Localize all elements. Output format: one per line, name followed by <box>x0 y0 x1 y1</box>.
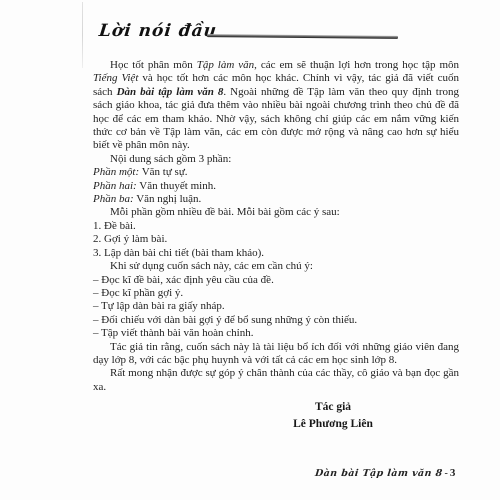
contents-part-3-text: Văn nghị luận. <box>134 193 202 205</box>
book-page: Lời nói đầu Học tốt phân môn Tập làm văn… <box>0 0 500 500</box>
scan-edge-line <box>82 2 83 68</box>
running-footer: Dàn bài Tập làm văn 8-3 <box>315 467 455 479</box>
usage-tip-3: – Tự lập dàn bài ra giấy nháp. <box>93 300 459 313</box>
header-rule <box>207 34 398 39</box>
usage-tip-1: – Đọc kĩ đề bài, xác định yêu cầu của đề… <box>93 274 459 287</box>
each-part-note: Mỗi phần gồm nhiều đề bài. Mỗi bài gồm c… <box>93 206 459 219</box>
usage-tip-4: – Đối chiếu với dàn bài gợi ý để bổ sung… <box>93 314 459 327</box>
footer-separator: - <box>443 468 450 479</box>
step-item-2: 2. Gợi ý làm bài. <box>93 233 459 246</box>
intro-run-4: Tiếng Việt <box>93 72 138 84</box>
usage-lead: Khi sử dụng cuốn sách này, các em cần ch… <box>93 260 459 273</box>
contents-lead: Nội dung sách gồm 3 phần: <box>93 153 459 166</box>
signature-name: Lê Phương Liên <box>263 416 403 433</box>
contents-part-2-label: Phần hai: <box>93 180 137 192</box>
contents-part-1: Phần một: Văn tự sự. <box>93 166 459 179</box>
intro-run-1: Học tốt phân môn <box>110 59 197 71</box>
intro-run-2: Tập làm văn <box>197 59 254 71</box>
signature-block: Tác giả Lê Phương Liên <box>263 399 403 432</box>
closing-paragraph-1: Tác giả tin rằng, cuốn sách này là tài l… <box>93 341 459 368</box>
footer-book-title: Dàn bài Tập làm văn 8 <box>314 468 443 479</box>
preface-text: Học tốt phân môn Tập làm văn, các em sẽ … <box>93 59 459 432</box>
page-title: Lời nói đầu <box>98 21 218 41</box>
intro-paragraph: Học tốt phân môn Tập làm văn, các em sẽ … <box>93 59 459 153</box>
step-item-1: 1. Đề bài. <box>93 220 459 233</box>
intro-book-title: Dàn bài tập làm văn 8 <box>117 86 224 98</box>
contents-part-2: Phần hai: Văn thuyết minh. <box>93 180 459 193</box>
contents-part-1-label: Phần một: <box>93 166 139 178</box>
contents-part-2-text: Văn thuyết minh. <box>137 180 216 192</box>
contents-part-3: Phần ba: Văn nghị luận. <box>93 193 459 206</box>
contents-part-3-label: Phần ba: <box>93 193 134 205</box>
usage-tip-5: – Tập viết thành bài văn hoàn chỉnh. <box>93 327 459 340</box>
step-item-3: 3. Lập dàn bài chi tiết (bài tham khảo). <box>93 247 459 260</box>
signature-role: Tác giả <box>263 399 403 416</box>
usage-tip-2: – Đọc kĩ phần gợi ý. <box>93 287 459 300</box>
closing-paragraph-2: Rất mong nhận được sự góp ý chân thành c… <box>93 367 459 394</box>
contents-part-1-text: Văn tự sự. <box>139 166 187 178</box>
footer-page-number: 3 <box>450 467 456 479</box>
intro-run-3: , các em sẽ thuận lợi hơn trong học tập … <box>254 59 459 71</box>
